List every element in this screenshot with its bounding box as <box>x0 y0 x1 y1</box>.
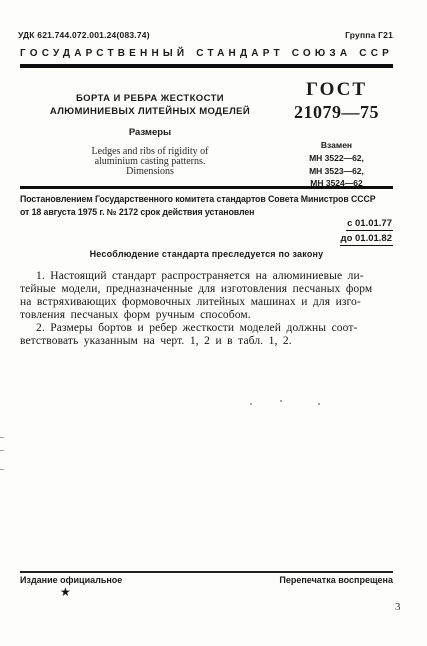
official-edition-label: Издание официальное <box>20 575 122 585</box>
body-paragraph-1: 1. Настоящий стандарт распространяется н… <box>20 270 393 322</box>
title-en: Ledges and ribs of rigidity of aluminium… <box>20 147 280 177</box>
title-ru-line1: БОРТА И РЕБРА ЖЕСТКОСТИ <box>20 92 280 105</box>
footer-rule <box>20 571 393 573</box>
replaces-label: Взамен <box>280 139 393 152</box>
valid-from: с 01.01.77 <box>346 218 393 231</box>
replaces-item: МН 3523—62, <box>280 165 393 178</box>
title-block: БОРТА И РЕБРА ЖЕСТКОСТИ АЛЮМИНИЕВЫХ ЛИТЕ… <box>20 92 280 177</box>
scan-artifact <box>0 450 4 451</box>
replaces-item: МН 3522—62, <box>280 152 393 165</box>
meta-row: УДК 621.744.072.001.24(083.74) Группа Г2… <box>18 30 393 40</box>
decree-text: Постановлением Государственного комитета… <box>20 193 393 219</box>
standard-number-block: ГОСТ 21079—75 Взамен МН 3522—62, МН 3523… <box>280 80 393 190</box>
standard-label: ГОСТ <box>280 80 393 100</box>
body-paragraph-2: 2. Размеры бортов и ребер жесткости моде… <box>20 322 393 348</box>
reprint-notice-label: Перепечатка воспрещена <box>279 575 393 585</box>
valid-to: до 01.01.82 <box>340 233 393 246</box>
group-code: Группа Г21 <box>345 30 393 40</box>
scan-artifact <box>280 400 282 402</box>
scan-artifact <box>0 437 4 438</box>
header-rule <box>20 64 393 68</box>
page-number: 3 <box>395 601 401 613</box>
standard-number: 21079—75 <box>280 102 393 122</box>
validity-dates: с 01.01.77 до 01.01.82 <box>340 218 393 248</box>
law-notice: Несоблюдение стандарта преследуется по з… <box>20 249 393 259</box>
footer-row: Издание официальное Перепечатка воспреще… <box>20 575 393 585</box>
subtitle-ru: Размеры <box>20 127 280 138</box>
scan-artifact <box>0 469 4 470</box>
title-ru-line2: АЛЮМИНИЕВЫХ ЛИТЕЙНЫХ МОДЕЛЕЙ <box>20 105 280 118</box>
gost-standard-page: УДК 621.744.072.001.24(083.74) Группа Г2… <box>0 0 427 646</box>
title-rule <box>20 186 393 189</box>
gov-standard-heading: ГОСУДАРСТВЕННЫЙ СТАНДАРТ СОЮЗА ССР <box>20 48 393 59</box>
scan-artifact <box>318 403 320 405</box>
scan-artifact <box>250 403 252 405</box>
udc-code: УДК 621.744.072.001.24(083.74) <box>18 30 150 40</box>
star-icon: ★ <box>60 585 71 599</box>
